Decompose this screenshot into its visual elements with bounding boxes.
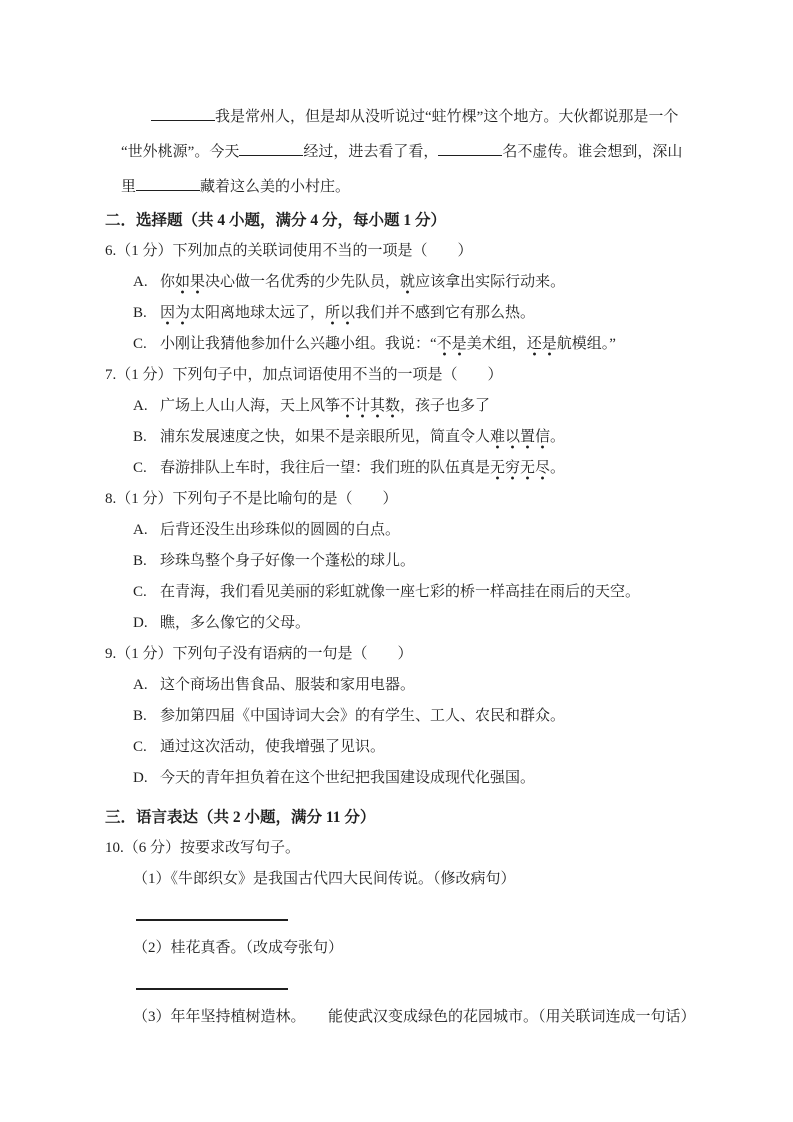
option-label: A. <box>133 670 160 701</box>
question-option: D.今天的青年担负着在这个世纪把我国建设成现代化强国。 <box>133 763 705 794</box>
option-label: C. <box>133 329 160 360</box>
document-content: 我是常州人，但是却从没听说过“蛀竹棵”这个地方。大伙都说那是一个“世外桃源”。今… <box>105 100 705 1033</box>
question-option: A.广场上人山人海，天上风筝不计其数，孩子也多了 <box>133 391 705 422</box>
text-run: 广场上人山人海，天上风筝 <box>160 398 340 414</box>
text-run: 这个商场出售食品、服装和家用电器。 <box>160 677 415 693</box>
fill-in-blank <box>438 142 502 157</box>
question-number: 10.（6 分） <box>105 840 180 856</box>
emphasized-text: 不是 <box>437 336 467 356</box>
question-option: D.瞧，多么像它的父母。 <box>133 608 705 639</box>
text-run: 你 <box>160 274 175 290</box>
choice-questions: 6.（1 分）下列加点的关联词使用不当的一项是（ ）A.你如果决心做一名优秀的少… <box>105 236 705 794</box>
question-stem-text: 下列句子不是比喻句的是（ ） <box>173 491 398 507</box>
multiple-choice-section: 二．选择题（共 4 小题，满分 4 分，每小题 1 分） 6.（1 分）下列加点… <box>105 205 705 794</box>
text-run: ，孩子也多了 <box>400 398 490 414</box>
expression-questions: 10.（6 分）按要求改写句子。（1）《牛郎织女》是我国古代四大民间传说。（修改… <box>105 833 705 1033</box>
sub-question-text: （3）年年坚持植树造林。 能使武汉变成绿色的花园城市。（用关联词连成一句话） <box>133 1009 696 1025</box>
option-text: 瞧，多么像它的父母。 <box>160 615 310 631</box>
question-option: C.在青海，我们看见美丽的彩虹就像一座七彩的桥一样高挂在雨后的天空。 <box>133 577 705 608</box>
intro-line: 我是常州人，但是却从没听说过“蛀竹棵”这个地方。大伙都说那是一个 <box>121 100 705 135</box>
question-stem-text: 下列加点的关联词使用不当的一项是（ ） <box>173 243 473 259</box>
sub-question: （3）年年坚持植树造林。 能使武汉变成绿色的花园城市。（用关联词连成一句话） <box>133 1002 705 1033</box>
option-label: C. <box>133 577 160 608</box>
emphasized-text: 所以 <box>325 305 355 325</box>
question-option: B.参加第四届《中国诗词大会》的有学生、工人、农民和群众。 <box>133 701 705 732</box>
text-run: 我们并不感到它有那么热。 <box>355 305 535 321</box>
text-run: 参加第四届《中国诗词大会》的有学生、工人、农民和群众。 <box>160 708 565 724</box>
option-text: 春游排队上车时，我往后一望：我们班的队伍真是无穷无尽。 <box>160 460 565 480</box>
expression-section: 三．语言表达（共 2 小题，满分 11 分） 10.（6 分）按要求改写句子。（… <box>105 802 705 1033</box>
sub-question: （2）桂花真香。（改成夸张句） <box>133 933 705 964</box>
fill-in-blank <box>239 142 303 157</box>
question-option: B.因为太阳离地球太远了，所以我们并不感到它有那么热。 <box>133 298 705 329</box>
question-stem-text: 下列句子没有语病的一句是（ ） <box>173 646 413 662</box>
answer-row <box>136 895 705 933</box>
question-option: C.春游排队上车时，我往后一望：我们班的队伍真是无穷无尽。 <box>133 453 705 484</box>
question-stem: 7.（1 分）下列句子中，加点词语使用不当的一项是（ ） <box>105 360 705 391</box>
intro-line: 里藏着这么美的小村庄。 <box>121 170 705 205</box>
question-option: C.小刚让我猜他参加什么兴趣小组。我说：“不是美术组，还是航模组。” <box>133 329 705 360</box>
option-label: A. <box>133 515 160 546</box>
question-number: 9.（1 分） <box>105 646 173 662</box>
option-text: 因为太阳离地球太远了，所以我们并不感到它有那么热。 <box>160 305 535 325</box>
text-run: 后背还没生出珍珠似的圆圆的白点。 <box>160 522 400 538</box>
emphasized-text: 就 <box>400 274 415 294</box>
question-option: A.你如果决心做一名优秀的少先队员，就应该拿出实际行动来。 <box>133 267 705 298</box>
question-stem: 9.（1 分）下列句子没有语病的一句是（ ） <box>105 639 705 670</box>
text-run: 美术组， <box>467 336 527 352</box>
question-stem: 6.（1 分）下列加点的关联词使用不当的一项是（ ） <box>105 236 705 267</box>
question-number: 6.（1 分） <box>105 243 173 259</box>
question-option: B.浦东发展速度之快，如果不是亲眼所见，简直令人难以置信。 <box>133 422 705 453</box>
option-label: B. <box>133 298 160 329</box>
text-run: 今天的青年担负着在这个世纪把我国建设成现代化强国。 <box>160 770 535 786</box>
emphasized-text: 还是 <box>527 336 557 356</box>
question-number: 7.（1 分） <box>105 367 173 383</box>
text-run: “世外桃源”。今天 <box>121 144 239 160</box>
text-run: 。 <box>550 429 565 445</box>
question-option: A.后背还没生出珍珠似的圆圆的白点。 <box>133 515 705 546</box>
text-run: 春游排队上车时，我往后一望：我们班的队伍真是 <box>160 460 490 476</box>
answer-line <box>136 895 288 921</box>
option-label: C. <box>133 732 160 763</box>
answer-line <box>136 964 288 990</box>
question-number: 8.（1 分） <box>105 491 173 507</box>
question-option: A.这个商场出售食品、服装和家用电器。 <box>133 670 705 701</box>
text-run: 藏着这么美的小村庄。 <box>200 179 350 195</box>
sub-question: （1）《牛郎织女》是我国古代四大民间传说。（修改病句） <box>133 864 705 895</box>
question-stem-text: 下列句子中，加点词语使用不当的一项是（ ） <box>173 367 503 383</box>
text-run: 在青海，我们看见美丽的彩虹就像一座七彩的桥一样高挂在雨后的天空。 <box>160 584 640 600</box>
sub-question-text: （2）桂花真香。（改成夸张句） <box>133 940 343 956</box>
section-choice-heading: 二．选择题（共 4 小题，满分 4 分，每小题 1 分） <box>105 205 705 236</box>
option-label: D. <box>133 763 160 794</box>
text-run: 里 <box>121 179 136 195</box>
option-text: 小刚让我猜他参加什么兴趣小组。我说：“不是美术组，还是航模组。” <box>160 336 616 356</box>
text-run: 经过，进去看了看， <box>303 144 438 160</box>
option-label: A. <box>133 391 160 422</box>
question-stem: 10.（6 分）按要求改写句子。 <box>105 833 705 864</box>
text-run: 通过这次活动，使我增强了见识。 <box>160 739 385 755</box>
text-run: 我是常州人，但是却从没听说过“蛀竹棵”这个地方。大伙都说那是一个 <box>215 109 678 125</box>
text-run: 珍珠鸟整个身子好像一个蓬松的球儿。 <box>160 553 415 569</box>
option-text: 在青海，我们看见美丽的彩虹就像一座七彩的桥一样高挂在雨后的天空。 <box>160 584 640 600</box>
intro-fill-in-paragraph: 我是常州人，但是却从没听说过“蛀竹棵”这个地方。大伙都说那是一个“世外桃源”。今… <box>121 100 705 205</box>
question-stem-text: 按要求改写句子。 <box>180 840 300 856</box>
emphasized-text: 无穷无尽 <box>490 460 550 480</box>
emphasized-text: 不计其数 <box>340 398 400 418</box>
option-label: B. <box>133 546 160 577</box>
option-label: D. <box>133 608 160 639</box>
question-option: B.珍珠鸟整个身子好像一个蓬松的球儿。 <box>133 546 705 577</box>
text-run: 太阳离地球太远了， <box>190 305 325 321</box>
fill-in-blank <box>136 177 200 192</box>
exam-document-page: 我是常州人，但是却从没听说过“蛀竹棵”这个地方。大伙都说那是一个“世外桃源”。今… <box>0 0 793 1122</box>
option-text: 广场上人山人海，天上风筝不计其数，孩子也多了 <box>160 398 490 418</box>
option-text: 今天的青年担负着在这个世纪把我国建设成现代化强国。 <box>160 770 535 786</box>
emphasized-text: 因为 <box>160 305 190 325</box>
text-run: 。 <box>550 460 565 476</box>
option-text: 参加第四届《中国诗词大会》的有学生、工人、农民和群众。 <box>160 708 565 724</box>
text-run: 航模组。” <box>557 336 616 352</box>
option-text: 这个商场出售食品、服装和家用电器。 <box>160 677 415 693</box>
option-text: 浦东发展速度之快，如果不是亲眼所见，简直令人难以置信。 <box>160 429 565 449</box>
question-option: C.通过这次活动，使我增强了见识。 <box>133 732 705 763</box>
text-run: 名不虚传。谁会想到，深山 <box>502 144 682 160</box>
answer-row <box>136 964 705 1002</box>
sub-question-text: （1）《牛郎织女》是我国古代四大民间传说。（修改病句） <box>133 871 516 887</box>
intro-line: “世外桃源”。今天经过，进去看了看，名不虚传。谁会想到，深山 <box>121 135 705 170</box>
text-run: 决心做一名优秀的少先队员， <box>205 274 400 290</box>
text-run: 瞧，多么像它的父母。 <box>160 615 310 631</box>
text-run: 小刚让我猜他参加什么兴趣小组。我说：“ <box>160 336 437 352</box>
emphasized-text: 难以置信 <box>490 429 550 449</box>
option-label: C. <box>133 453 160 484</box>
section-expression-heading: 三．语言表达（共 2 小题，满分 11 分） <box>105 802 705 833</box>
text-run: 应该拿出实际行动来。 <box>415 274 565 290</box>
option-label: B. <box>133 701 160 732</box>
option-label: A. <box>133 267 160 298</box>
option-text: 珍珠鸟整个身子好像一个蓬松的球儿。 <box>160 553 415 569</box>
option-text: 后背还没生出珍珠似的圆圆的白点。 <box>160 522 400 538</box>
option-text: 通过这次活动，使我增强了见识。 <box>160 739 385 755</box>
option-text: 你如果决心做一名优秀的少先队员，就应该拿出实际行动来。 <box>160 274 565 294</box>
option-label: B. <box>133 422 160 453</box>
fill-in-blank <box>151 107 215 122</box>
text-run: 浦东发展速度之快，如果不是亲眼所见，简直令人 <box>160 429 490 445</box>
question-stem: 8.（1 分）下列句子不是比喻句的是（ ） <box>105 484 705 515</box>
emphasized-text: 如果 <box>175 274 205 294</box>
